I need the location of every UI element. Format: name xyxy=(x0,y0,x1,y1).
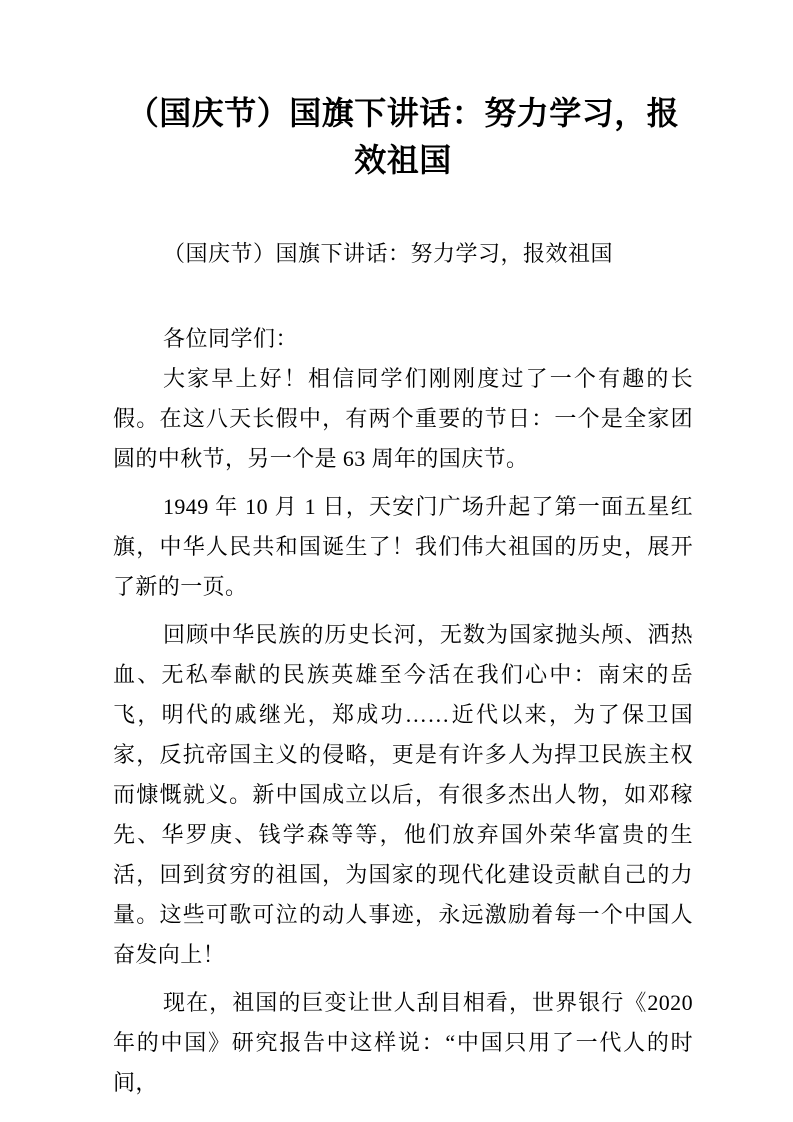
body-paragraph: 回顾中华民族的历史长河，无数为国家抛头颅、洒热血、无私奉献的民族英雄至今活在我们… xyxy=(113,615,693,975)
document-title-line-1: （国庆节）国旗下讲话：努力学习，报 xyxy=(113,90,693,137)
document-title-line-2: 效祖国 xyxy=(113,137,693,184)
document-body: 大家早上好！相信同学们刚刚度过了一个有趣的长假。在这八天长假中，有两个重要的节日… xyxy=(113,359,693,1103)
document-title: （国庆节）国旗下讲话：努力学习，报 效祖国 xyxy=(113,90,693,184)
document-subtitle: （国庆节）国旗下讲话：努力学习，报效祖国 xyxy=(113,234,693,274)
body-paragraph: 1949 年 10 月 1 日，天安门广场升起了第一面五星红旗，中华人民共和国诞… xyxy=(113,487,693,607)
body-paragraph: 现在，祖国的巨变让世人刮目相看，世界银行《2020 年的中国》研究报告中这样说：… xyxy=(113,983,693,1103)
salutation-line: 各位同学们： xyxy=(113,319,693,359)
body-paragraph: 大家早上好！相信同学们刚刚度过了一个有趣的长假。在这八天长假中，有两个重要的节日… xyxy=(113,359,693,479)
document-page: （国庆节）国旗下讲话：努力学习，报 效祖国 （国庆节）国旗下讲话：努力学习，报效… xyxy=(0,0,793,1122)
